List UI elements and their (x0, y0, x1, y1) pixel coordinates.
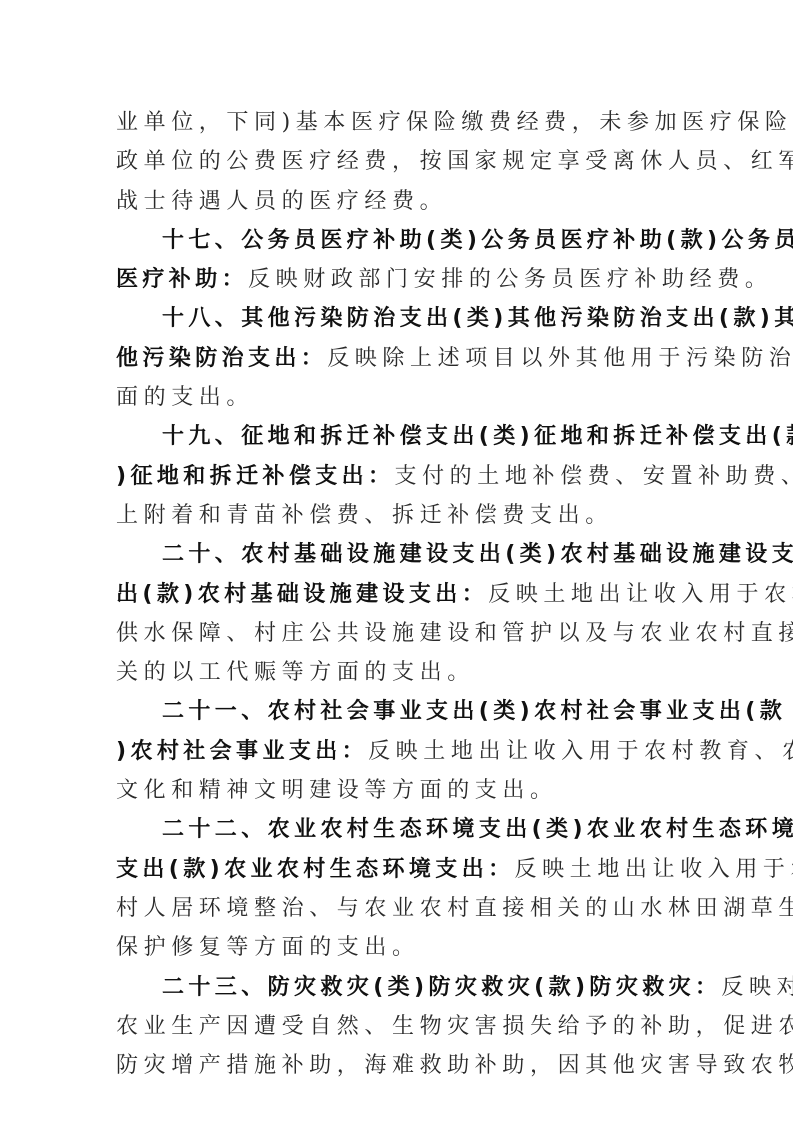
text-line: 政单位的公费医疗经费，按国家规定享受离休人员、红军老 (116, 142, 681, 181)
text-line: 他污染防治支出：反映除上述项目以外其他用于污染防治方 (116, 339, 681, 378)
text-line: 防灾增产措施补助，海难救助补助，因其他灾害导致农牧渔 (116, 1046, 681, 1085)
text-line: 战士待遇人员的医疗经费。 (116, 182, 681, 221)
text-line: 上附着和青苗补偿费、拆迁补偿费支出。 (116, 496, 681, 535)
text-line: 医疗补助：反映财政部门安排的公务员医疗补助经费。 (116, 260, 681, 299)
section-heading-23: 二十三、防灾救灾(类)防灾救灾(款)防灾救灾：反映对 (116, 968, 681, 1007)
text-line: 文化和精神文明建设等方面的支出。 (116, 771, 681, 810)
text-line: 支出(款)农业农村生态环境支出：反映土地出让收入用于农 (116, 850, 681, 889)
text-line: 农业生产因遭受自然、生物灾害损失给予的补助，促进农业 (116, 1007, 681, 1046)
section-heading-20: 二十、农村基础设施建设支出(类)农村基础设施建设支 (116, 535, 681, 574)
text-line: 面的支出。 (116, 378, 681, 417)
text-line: )征地和拆迁补偿支出：支付的土地补偿费、安置补助费、地 (116, 457, 681, 496)
section-heading-19: 十九、征地和拆迁补偿支出(类)征地和拆迁补偿支出(款 (116, 417, 681, 456)
text-line: 供水保障、村庄公共设施建设和管护以及与农业农村直接相 (116, 614, 681, 653)
text-line: 村人居环境整治、与农业农村直接相关的山水林田湖草生态 (116, 889, 681, 928)
text-line: 业单位，下同)基本医疗保险缴费经费，未参加医疗保险的行 (116, 103, 681, 142)
section-heading-22: 二十二、农业农村生态环境支出(类)农业农村生态环境 (116, 810, 681, 849)
section-heading-21: 二十一、农村社会事业支出(类)农村社会事业支出(款 (116, 692, 681, 731)
document-page: 业单位，下同)基本医疗保险缴费经费，未参加医疗保险的行 政单位的公费医疗经费，按… (116, 103, 681, 1085)
text-line: 关的以工代赈等方面的支出。 (116, 653, 681, 692)
text-line: 出(款)农村基础设施建设支出：反映土地出让收入用于农村 (116, 575, 681, 614)
section-heading-17: 十七、公务员医疗补助(类)公务员医疗补助(款)公务员 (116, 221, 681, 260)
section-heading-18: 十八、其他污染防治支出(类)其他污染防治支出(款)其 (116, 299, 681, 338)
text-line: )农村社会事业支出：反映土地出让收入用于农村教育、农村 (116, 732, 681, 771)
text-line: 保护修复等方面的支出。 (116, 928, 681, 967)
